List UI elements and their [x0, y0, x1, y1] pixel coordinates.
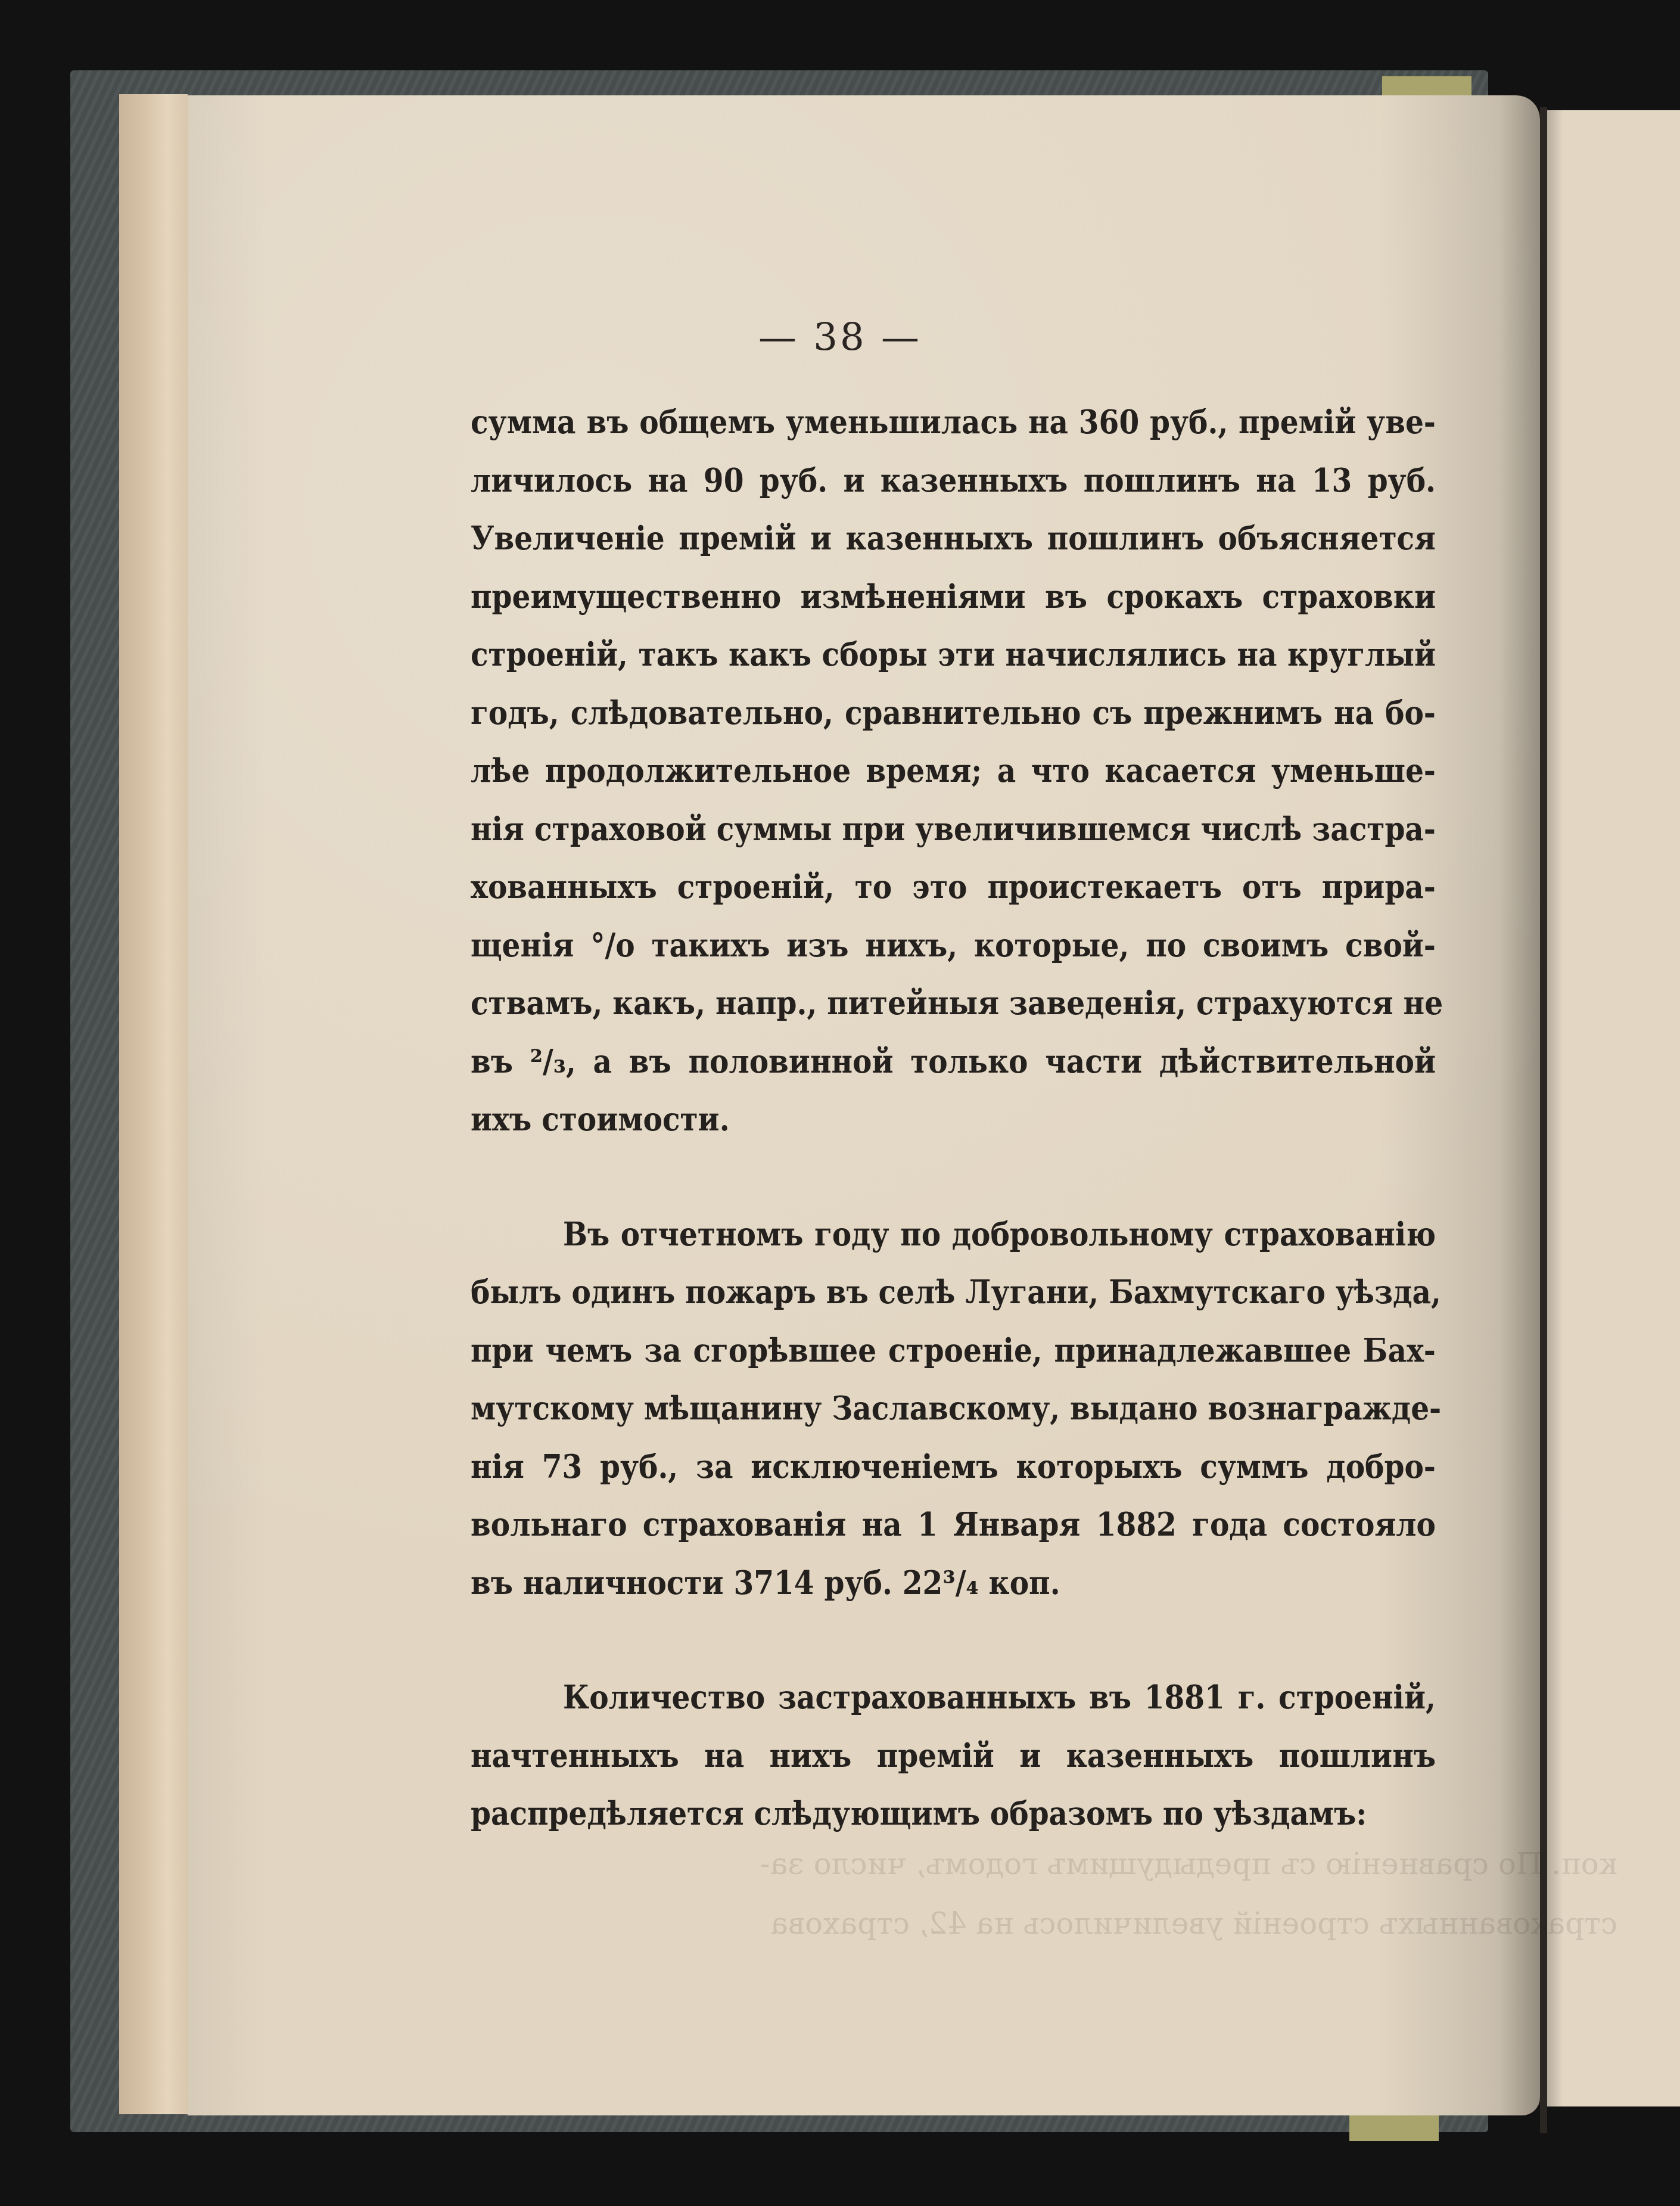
text-line: щенія °/o такихъ изъ нихъ, которые, по с… [471, 916, 1436, 975]
page-stack-edge [119, 94, 188, 2114]
text-line: нія страховой суммы при увеличившемся чи… [471, 800, 1436, 859]
text-line: мутскому мѣщанину Заславскому, выдано во… [471, 1379, 1436, 1438]
paragraph-2: Въ отчетномъ году по добровольному страх… [471, 1205, 1436, 1612]
show-through-text: страхованныхъ строеній увеличилось на 42… [664, 1895, 1617, 1953]
facing-page [1547, 110, 1680, 2106]
text-line: Увеличеніе премій и казенныхъ пошлинъ об… [471, 509, 1436, 568]
text-line: распредѣляется слѣдующимъ образомъ по уѣ… [471, 1785, 1436, 1843]
text-line: преимущественно измѣненіями въ срокахъ с… [471, 568, 1436, 626]
text-line: при чемъ за сгорѣвшее строеніе, принадле… [471, 1322, 1436, 1380]
paragraph-spacer [471, 1612, 1436, 1669]
text-line: строеній, такъ какъ сборы эти начислялис… [471, 626, 1436, 684]
text-line: личилось на 90 руб. и казенныхъ пошлинъ … [471, 452, 1436, 510]
paragraph-1: сумма въ общемъ уменьшилась на 360 руб.,… [471, 393, 1436, 1149]
paragraph-3: Количество застрахованныхъ въ 1881 г. ст… [471, 1669, 1436, 1843]
text-line: начтенныхъ на нихъ премій и казенныхъ по… [471, 1727, 1436, 1785]
text-line: лѣе продолжительное время; а что касаетс… [471, 742, 1436, 800]
text-line: Количество застрахованныхъ въ 1881 г. ст… [471, 1669, 1436, 1727]
text-line: въ наличности 3714 руб. 22³/₄ коп. [471, 1554, 1436, 1612]
text-line: въ ²/₃, а въ половинной только части дѣй… [471, 1033, 1436, 1091]
show-through-line: страхованныхъ строеній увеличилось на 42… [770, 1906, 1617, 1941]
text-line: сумма въ общемъ уменьшилась на 360 руб.,… [471, 393, 1436, 452]
paragraph-spacer [471, 1149, 1436, 1205]
text-line: ихъ стоимости. [471, 1090, 1436, 1149]
cover-corner-bottom [1349, 2111, 1439, 2141]
text-line: ствамъ, какъ, напр., питейныя заведенія,… [471, 974, 1436, 1033]
text-line: Въ отчетномъ году по добровольному страх… [471, 1205, 1436, 1264]
text-line: хованныхъ строеній, то это проистекаетъ … [471, 858, 1436, 916]
book-gutter [1540, 107, 1547, 2133]
text-line: нія 73 руб., за исключеніемъ которыхъ су… [471, 1438, 1436, 1496]
show-through-line: коп. По сравненію съ предыдущимъ годомъ,… [760, 1847, 1617, 1881]
text-line: вольнаго страхованія на 1 Января 1882 го… [471, 1496, 1436, 1554]
text-line: былъ одинъ пожаръ въ селѣ Лугани, Бахмут… [471, 1263, 1436, 1322]
text-line: годъ, слѣдовательно, сравнительно съ пре… [471, 684, 1436, 742]
show-through-text: коп. По сравненію съ предыдущимъ годомъ,… [664, 1835, 1617, 1893]
body-text: сумма въ общемъ уменьшилась на 360 руб.,… [471, 393, 1436, 1843]
page-number: — 38 — [0, 316, 1680, 360]
